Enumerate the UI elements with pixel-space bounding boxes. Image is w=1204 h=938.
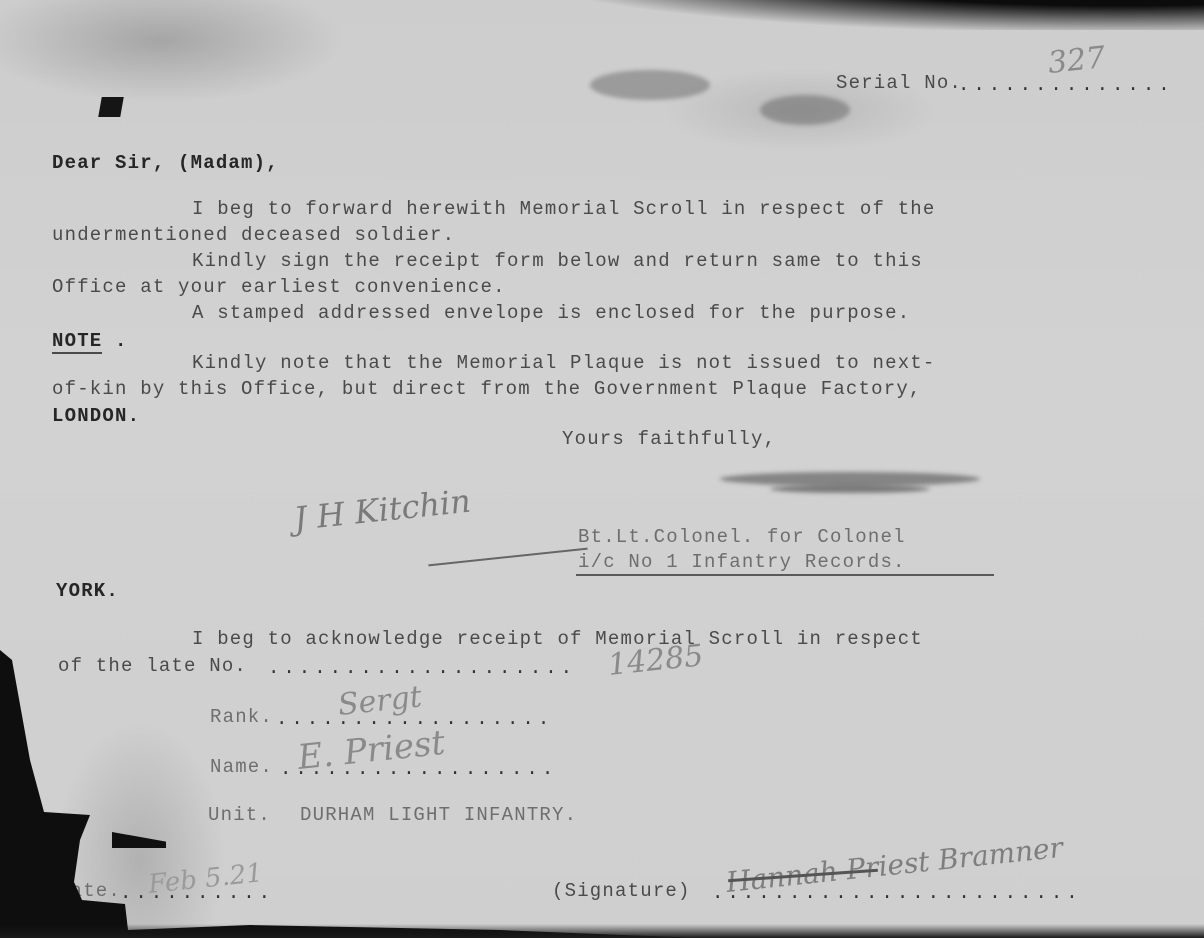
- number-dots: ....................: [268, 657, 576, 679]
- closing: Yours faithfully,: [562, 428, 776, 450]
- receipt-intro-line: I beg to acknowledge receipt of Memorial…: [192, 628, 923, 650]
- stain: [720, 472, 980, 486]
- signatory-handwritten-signature: J H Kitchin: [292, 482, 472, 538]
- note-heading-suffix: .: [115, 330, 128, 352]
- page-edge-shadow: [560, 0, 1204, 30]
- serial-handwritten-value: 327: [1046, 40, 1107, 81]
- stain: [770, 485, 930, 493]
- bottom-edge-shadow: [0, 924, 1204, 938]
- body-line: I beg to forward herewith Memorial Scrol…: [192, 198, 936, 220]
- name-label: Name.: [210, 756, 273, 778]
- note-heading-text: NOTE: [52, 330, 102, 354]
- note-line: Kindly note that the Memorial Plaque is …: [192, 352, 936, 374]
- signature-label: (Signature): [552, 880, 691, 902]
- unit-label: Unit.: [208, 804, 271, 826]
- note-line: LONDON.: [52, 405, 140, 427]
- document-page: Serial No. .............. 327 Dear Sir, …: [0, 0, 1204, 938]
- body-line: undermentioned deceased soldier.: [52, 224, 455, 246]
- signature-stroke: [428, 548, 587, 567]
- receipt-intro-line: of the late No.: [58, 655, 247, 677]
- stain: [590, 70, 710, 100]
- rank-label: Rank.: [210, 706, 273, 728]
- paper-tear: [112, 832, 166, 848]
- stain: [760, 95, 850, 125]
- signatory-title-line-1: Bt.Lt.Colonel. for Colonel: [578, 526, 906, 548]
- body-line: Office at your earliest convenience.: [52, 276, 506, 298]
- torn-edge: [0, 0, 1204, 938]
- paper-hole: [98, 97, 124, 117]
- serial-label: Serial No.: [836, 72, 962, 94]
- body-line: Kindly sign the receipt form below and r…: [192, 250, 923, 272]
- signatory-underline: [576, 574, 994, 576]
- body-line: A stamped addressed envelope is enclosed…: [192, 302, 910, 324]
- unit-value: DURHAM LIGHT INFANTRY.: [300, 804, 577, 826]
- note-line: of-kin by this Office, but direct from t…: [52, 378, 922, 400]
- salutation: Dear Sir, (Madam),: [52, 152, 279, 174]
- note-heading: NOTE .: [52, 330, 128, 352]
- location: YORK.: [56, 580, 119, 602]
- signatory-title-line-2: i/c No 1 Infantry Records.: [578, 551, 906, 573]
